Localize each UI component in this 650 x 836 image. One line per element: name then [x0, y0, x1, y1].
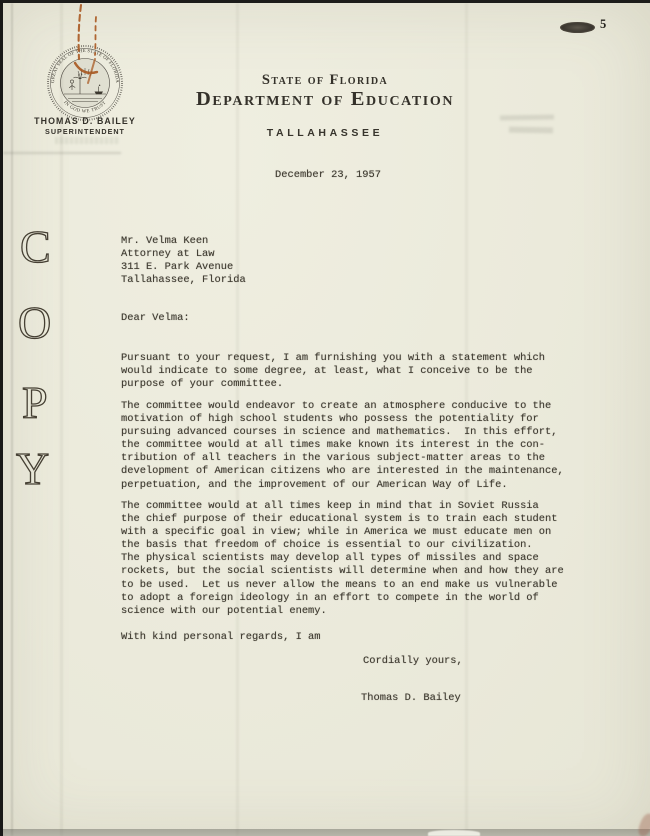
- recipient-line: Tallahassee, Florida: [121, 274, 246, 287]
- scanned-letter-page: GREAT SEAL OF THE STATE OF FLORIDA IN GO…: [0, 0, 650, 836]
- body-paragraph-3: The committee would at all times keep in…: [121, 500, 564, 618]
- valediction-intro: With kind personal regards, I am: [121, 631, 321, 644]
- copy-letter: Y: [16, 446, 49, 492]
- signature: Thomas D. Bailey: [361, 692, 461, 705]
- fold-line: [11, 3, 13, 836]
- recipient-line: 311 E. Park Avenue: [121, 261, 233, 274]
- date-line: December 23, 1957: [275, 169, 381, 182]
- recipient-line: Mr. Velma Keen: [121, 235, 208, 248]
- corner-stain: [636, 812, 650, 836]
- header-state-line: State of Florida: [135, 72, 515, 89]
- faint-stamp: [55, 137, 119, 144]
- copy-letter: C: [20, 224, 51, 270]
- salutation: Dear Velma:: [121, 312, 190, 325]
- bleed-through-mark: [500, 115, 554, 121]
- scan-edge-highlight: [428, 830, 480, 836]
- body-paragraph-1: Pursuant to your request, I am furnishin…: [121, 352, 545, 391]
- copy-letter: O: [18, 300, 51, 346]
- rust-stain: [58, 3, 128, 98]
- bleed-through-mark: [509, 127, 553, 134]
- closing: Cordially yours,: [363, 655, 463, 668]
- official-name: THOMAS D. BAILEY: [33, 116, 137, 126]
- copy-letter: P: [22, 380, 48, 426]
- body-paragraph-2: The committee would endeavor to create a…: [121, 400, 564, 492]
- scan-smudge: [3, 152, 121, 154]
- ink-ornament-icon: [560, 22, 595, 33]
- page-number: 5: [600, 17, 606, 32]
- bottom-scan-edge: [3, 829, 650, 836]
- header-city-line: TALLAHASSEE: [135, 127, 515, 139]
- recipient-line: Attorney at Law: [121, 248, 215, 261]
- header-department-line: Department of Education: [135, 88, 515, 111]
- official-title: SUPERINTENDENT: [33, 127, 137, 136]
